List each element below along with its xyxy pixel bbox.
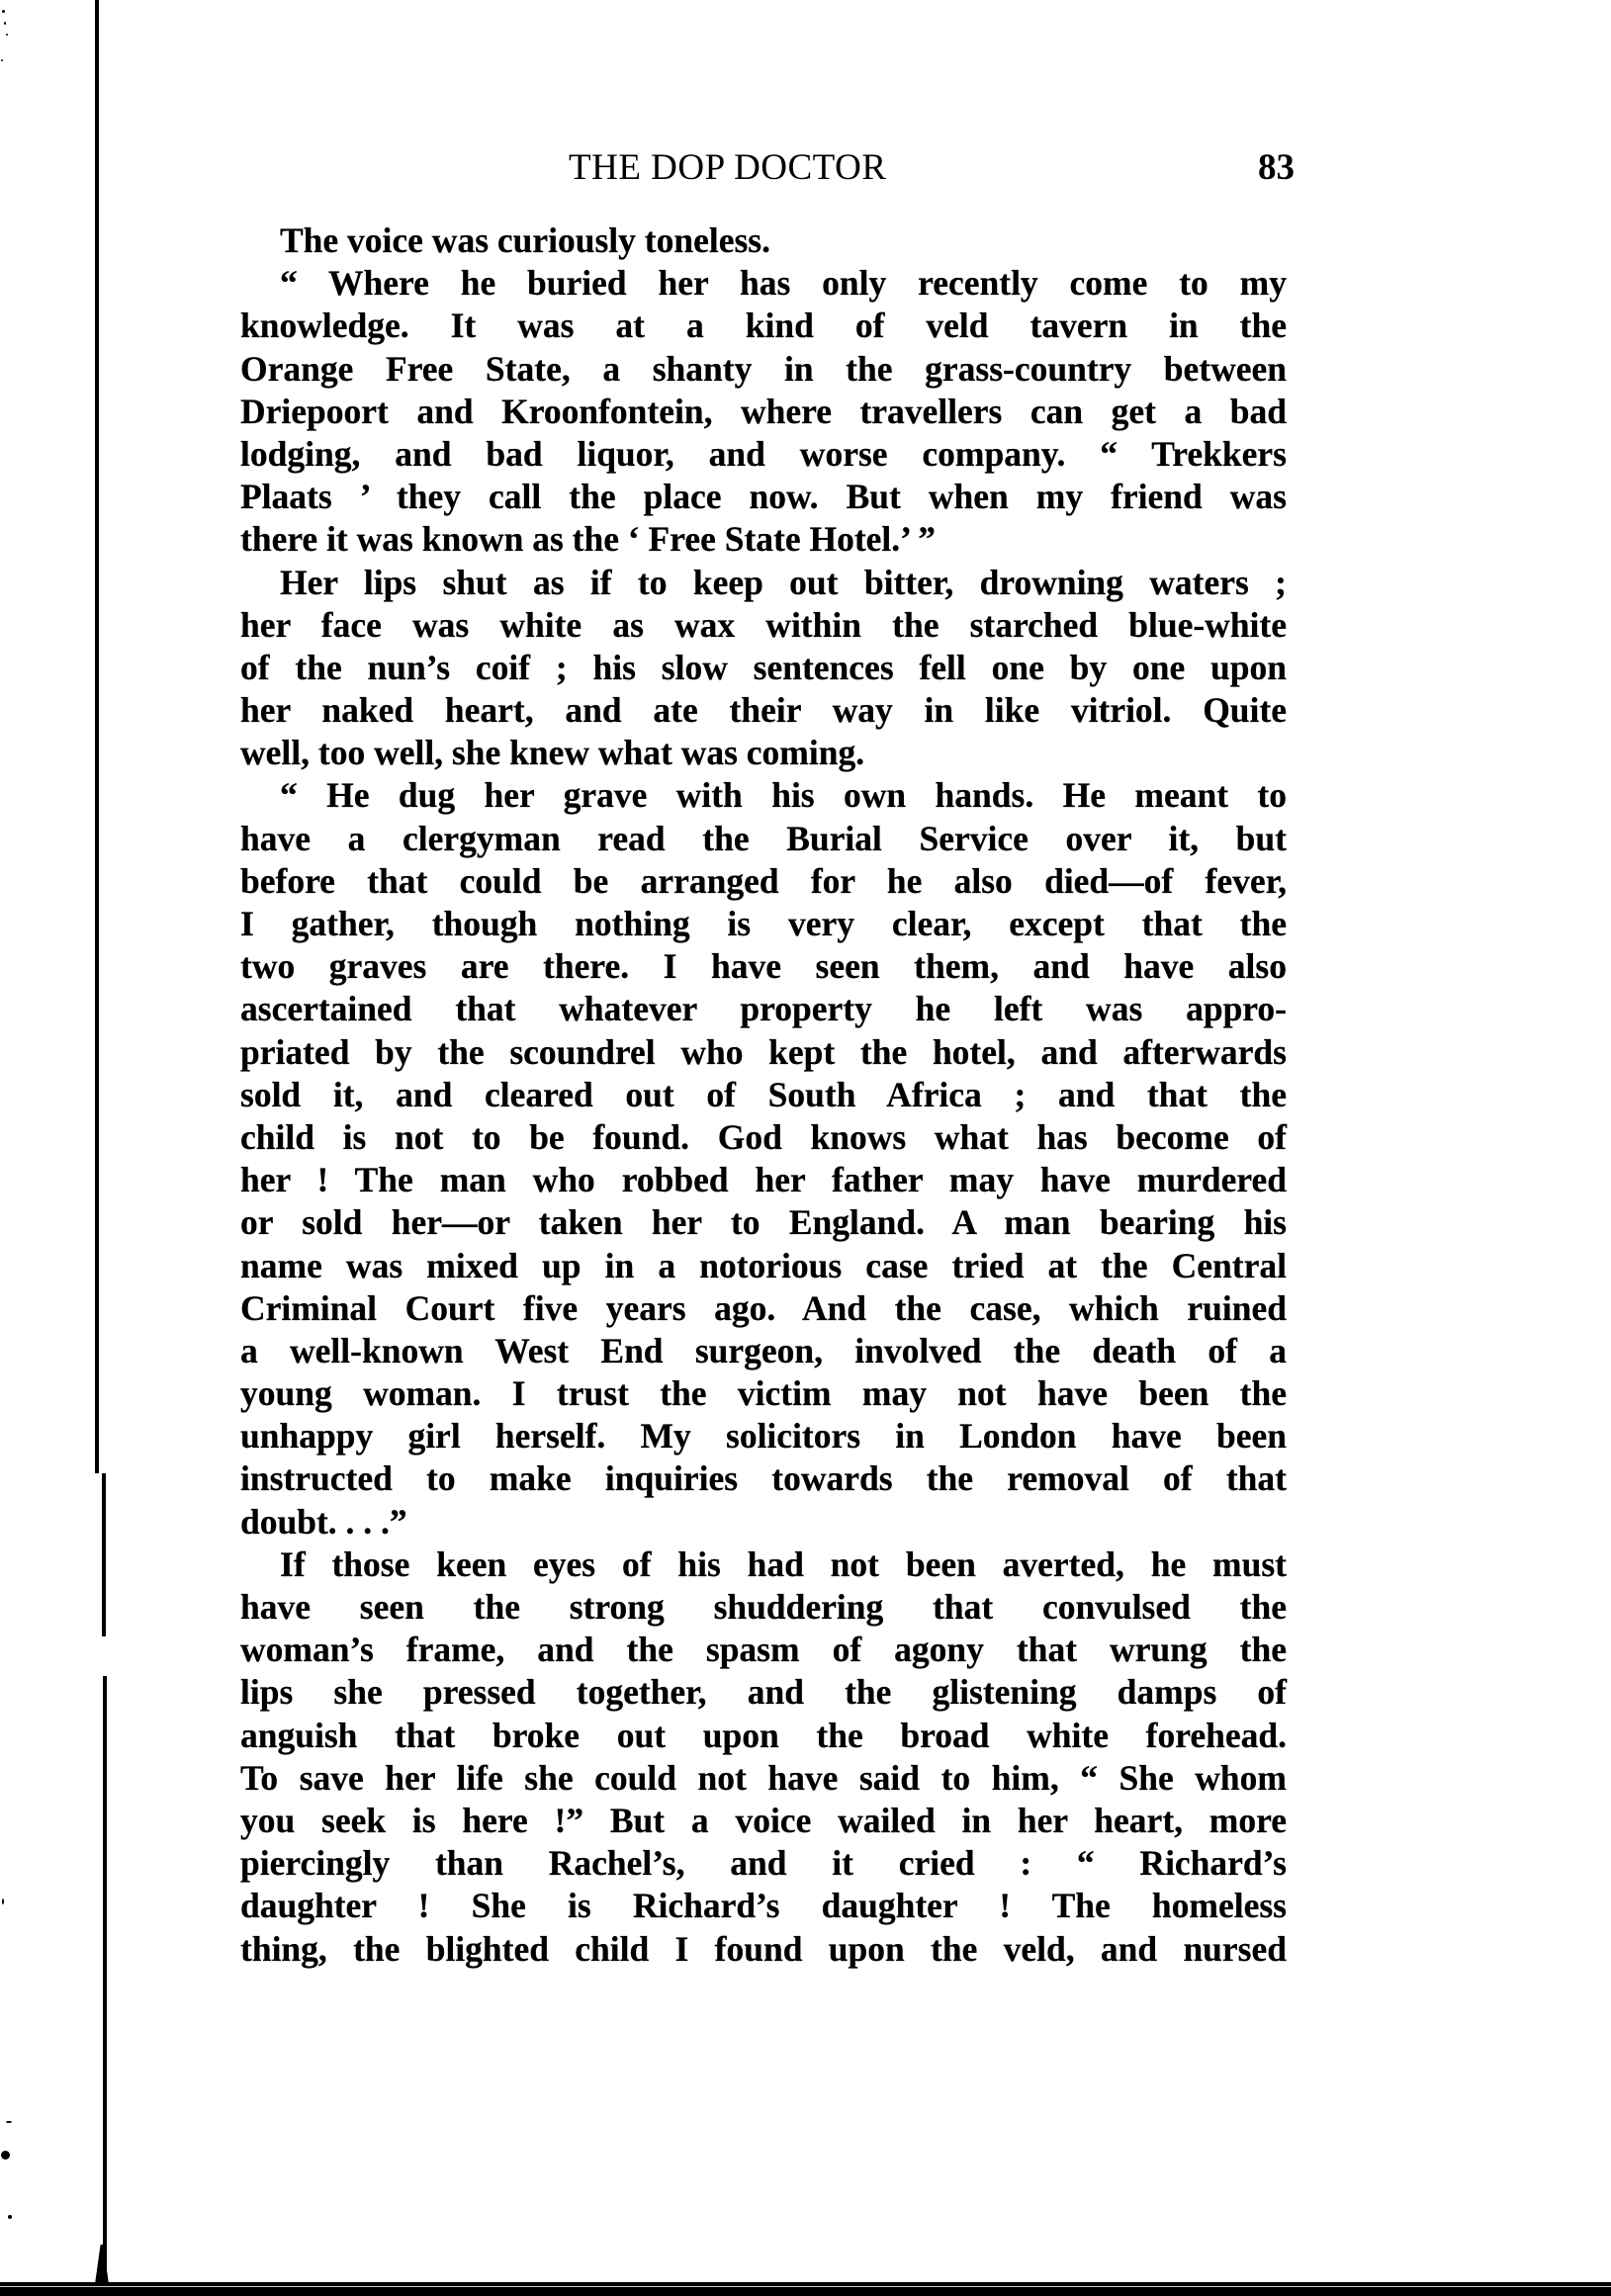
text-line: anguish that broke out upon the broad wh… — [240, 1715, 1287, 1757]
text-line: “ Where he buried her has only recently … — [240, 262, 1287, 305]
page-gutter-rule-segment — [103, 1676, 107, 2284]
scan-speck — [8, 2215, 12, 2219]
text-line: If those keen eyes of his had not been a… — [240, 1544, 1287, 1586]
text-line: have a clergyman read the Burial Service… — [240, 818, 1287, 860]
page-gutter-rule — [95, 0, 99, 1473]
text-line: before that could be arranged for he als… — [240, 860, 1287, 903]
text-line: knowledge. It was at a kind of veld tave… — [240, 305, 1287, 347]
text-line: “ He dug her grave with his own hands. H… — [240, 774, 1287, 817]
text-line: there it was known as the ‘ Free State H… — [240, 518, 1287, 561]
text-line: sold it, and cleared out of South Africa… — [240, 1074, 1287, 1116]
page-bottom-edge — [0, 2282, 1611, 2296]
text-line: Her lips shut as if to keep out bitter, … — [240, 562, 1287, 604]
text-line: Driepoort and Kroonfontein, where travel… — [240, 391, 1287, 433]
text-line: well, too well, she knew what was coming… — [240, 732, 1287, 774]
body-text: The voice was curiously toneless.“ Where… — [240, 220, 1287, 1971]
text-line: I gather, though nothing is very clear, … — [240, 903, 1287, 945]
text-line: woman’s frame, and the spasm of agony th… — [240, 1629, 1287, 1671]
text-line: lips she pressed together, and the glist… — [240, 1671, 1287, 1714]
text-line: name was mixed up in a notorious case tr… — [240, 1245, 1287, 1287]
text-line: To save her life she could not have said… — [240, 1757, 1287, 1800]
page-number: 83 — [1258, 146, 1295, 190]
text-line: child is not to be found. God knows what… — [240, 1116, 1287, 1159]
text-line: Orange Free State, a shanty in the grass… — [240, 348, 1287, 391]
text-line: her naked heart, and ate their way in li… — [240, 689, 1287, 732]
scan-speck — [2, 1899, 4, 1904]
scan-speck — [4, 22, 6, 25]
book-page: THE DOP DOCTOR 83 The voice was curiousl… — [0, 0, 1611, 2296]
page-bottom-edge-highlight — [0, 2286, 1611, 2287]
text-line: Criminal Court five years ago. And the c… — [240, 1287, 1287, 1330]
text-line: of the nun’s coif ; his slow sentences f… — [240, 647, 1287, 689]
text-line: The voice was curiously toneless. — [240, 220, 1287, 262]
text-line: a well-known West End surgeon, involved … — [240, 1330, 1287, 1372]
text-line: unhappy girl herself. My solicitors in L… — [240, 1415, 1287, 1457]
text-line: piercingly than Rachel’s, and it cried :… — [240, 1842, 1287, 1885]
text-line: daughter ! She is Richard’s daughter ! T… — [240, 1885, 1287, 1927]
scan-speck — [6, 2121, 12, 2123]
text-line: young woman. I trust the victim may not … — [240, 1372, 1287, 1415]
text-line: priated by the scoundrel who kept the ho… — [240, 1031, 1287, 1074]
text-line: Plaats ’ they call the place now. But wh… — [240, 476, 1287, 518]
scan-speck — [1, 59, 3, 61]
text-line: doubt. . . .” — [240, 1501, 1287, 1544]
scan-speck — [6, 34, 8, 36]
text-line: instructed to make inquiries towards the… — [240, 1457, 1287, 1500]
text-line: or sold her—or taken her to England. A m… — [240, 1201, 1287, 1244]
running-head-title: THE DOP DOCTOR — [569, 146, 964, 190]
scan-speck — [1, 2151, 10, 2160]
text-line: have seen the strong shuddering that con… — [240, 1586, 1287, 1629]
text-line: you seek is here !” But a voice wailed i… — [240, 1800, 1287, 1842]
scan-speck — [2, 10, 5, 13]
page-gutter-rule-segment — [102, 1473, 106, 1636]
text-line: her ! The man who robbed her father may … — [240, 1159, 1287, 1201]
text-line: thing, the blighted child I found upon t… — [240, 1928, 1287, 1971]
text-line: lodging, and bad liquor, and worse compa… — [240, 433, 1287, 476]
text-line: ascertained that whatever property he le… — [240, 988, 1287, 1030]
text-line: two graves are there. I have seen them, … — [240, 945, 1287, 988]
text-line: her face was white as wax within the sta… — [240, 604, 1287, 647]
